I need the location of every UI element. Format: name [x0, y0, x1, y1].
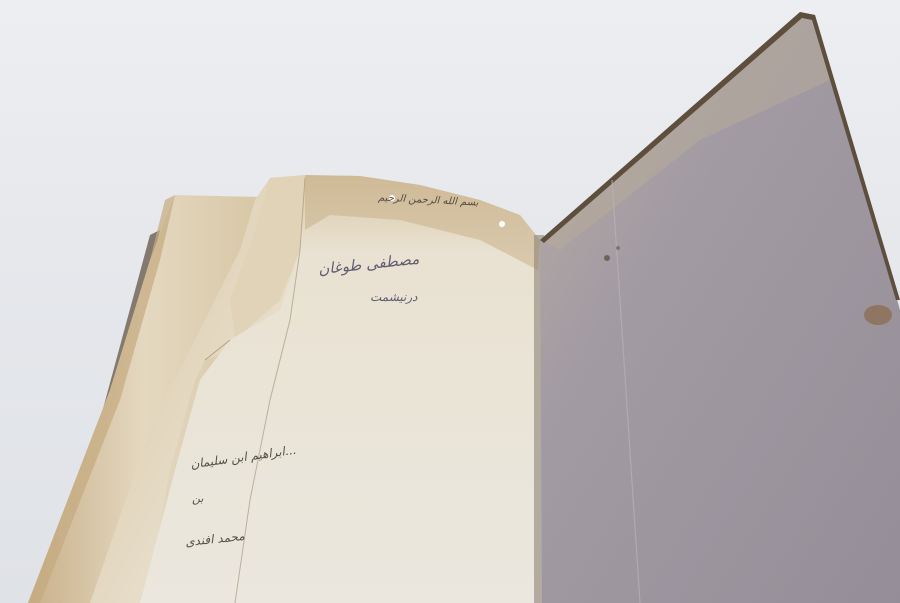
book-photo: بسم الله الرحمن الرحيم مصطفى طوغان درنيش… — [0, 0, 900, 603]
book-illustration — [0, 0, 900, 603]
cover-stain — [864, 305, 892, 325]
left-note-line-2: بن — [192, 492, 203, 505]
owner-place-inscription: درنيشمت — [370, 290, 418, 304]
